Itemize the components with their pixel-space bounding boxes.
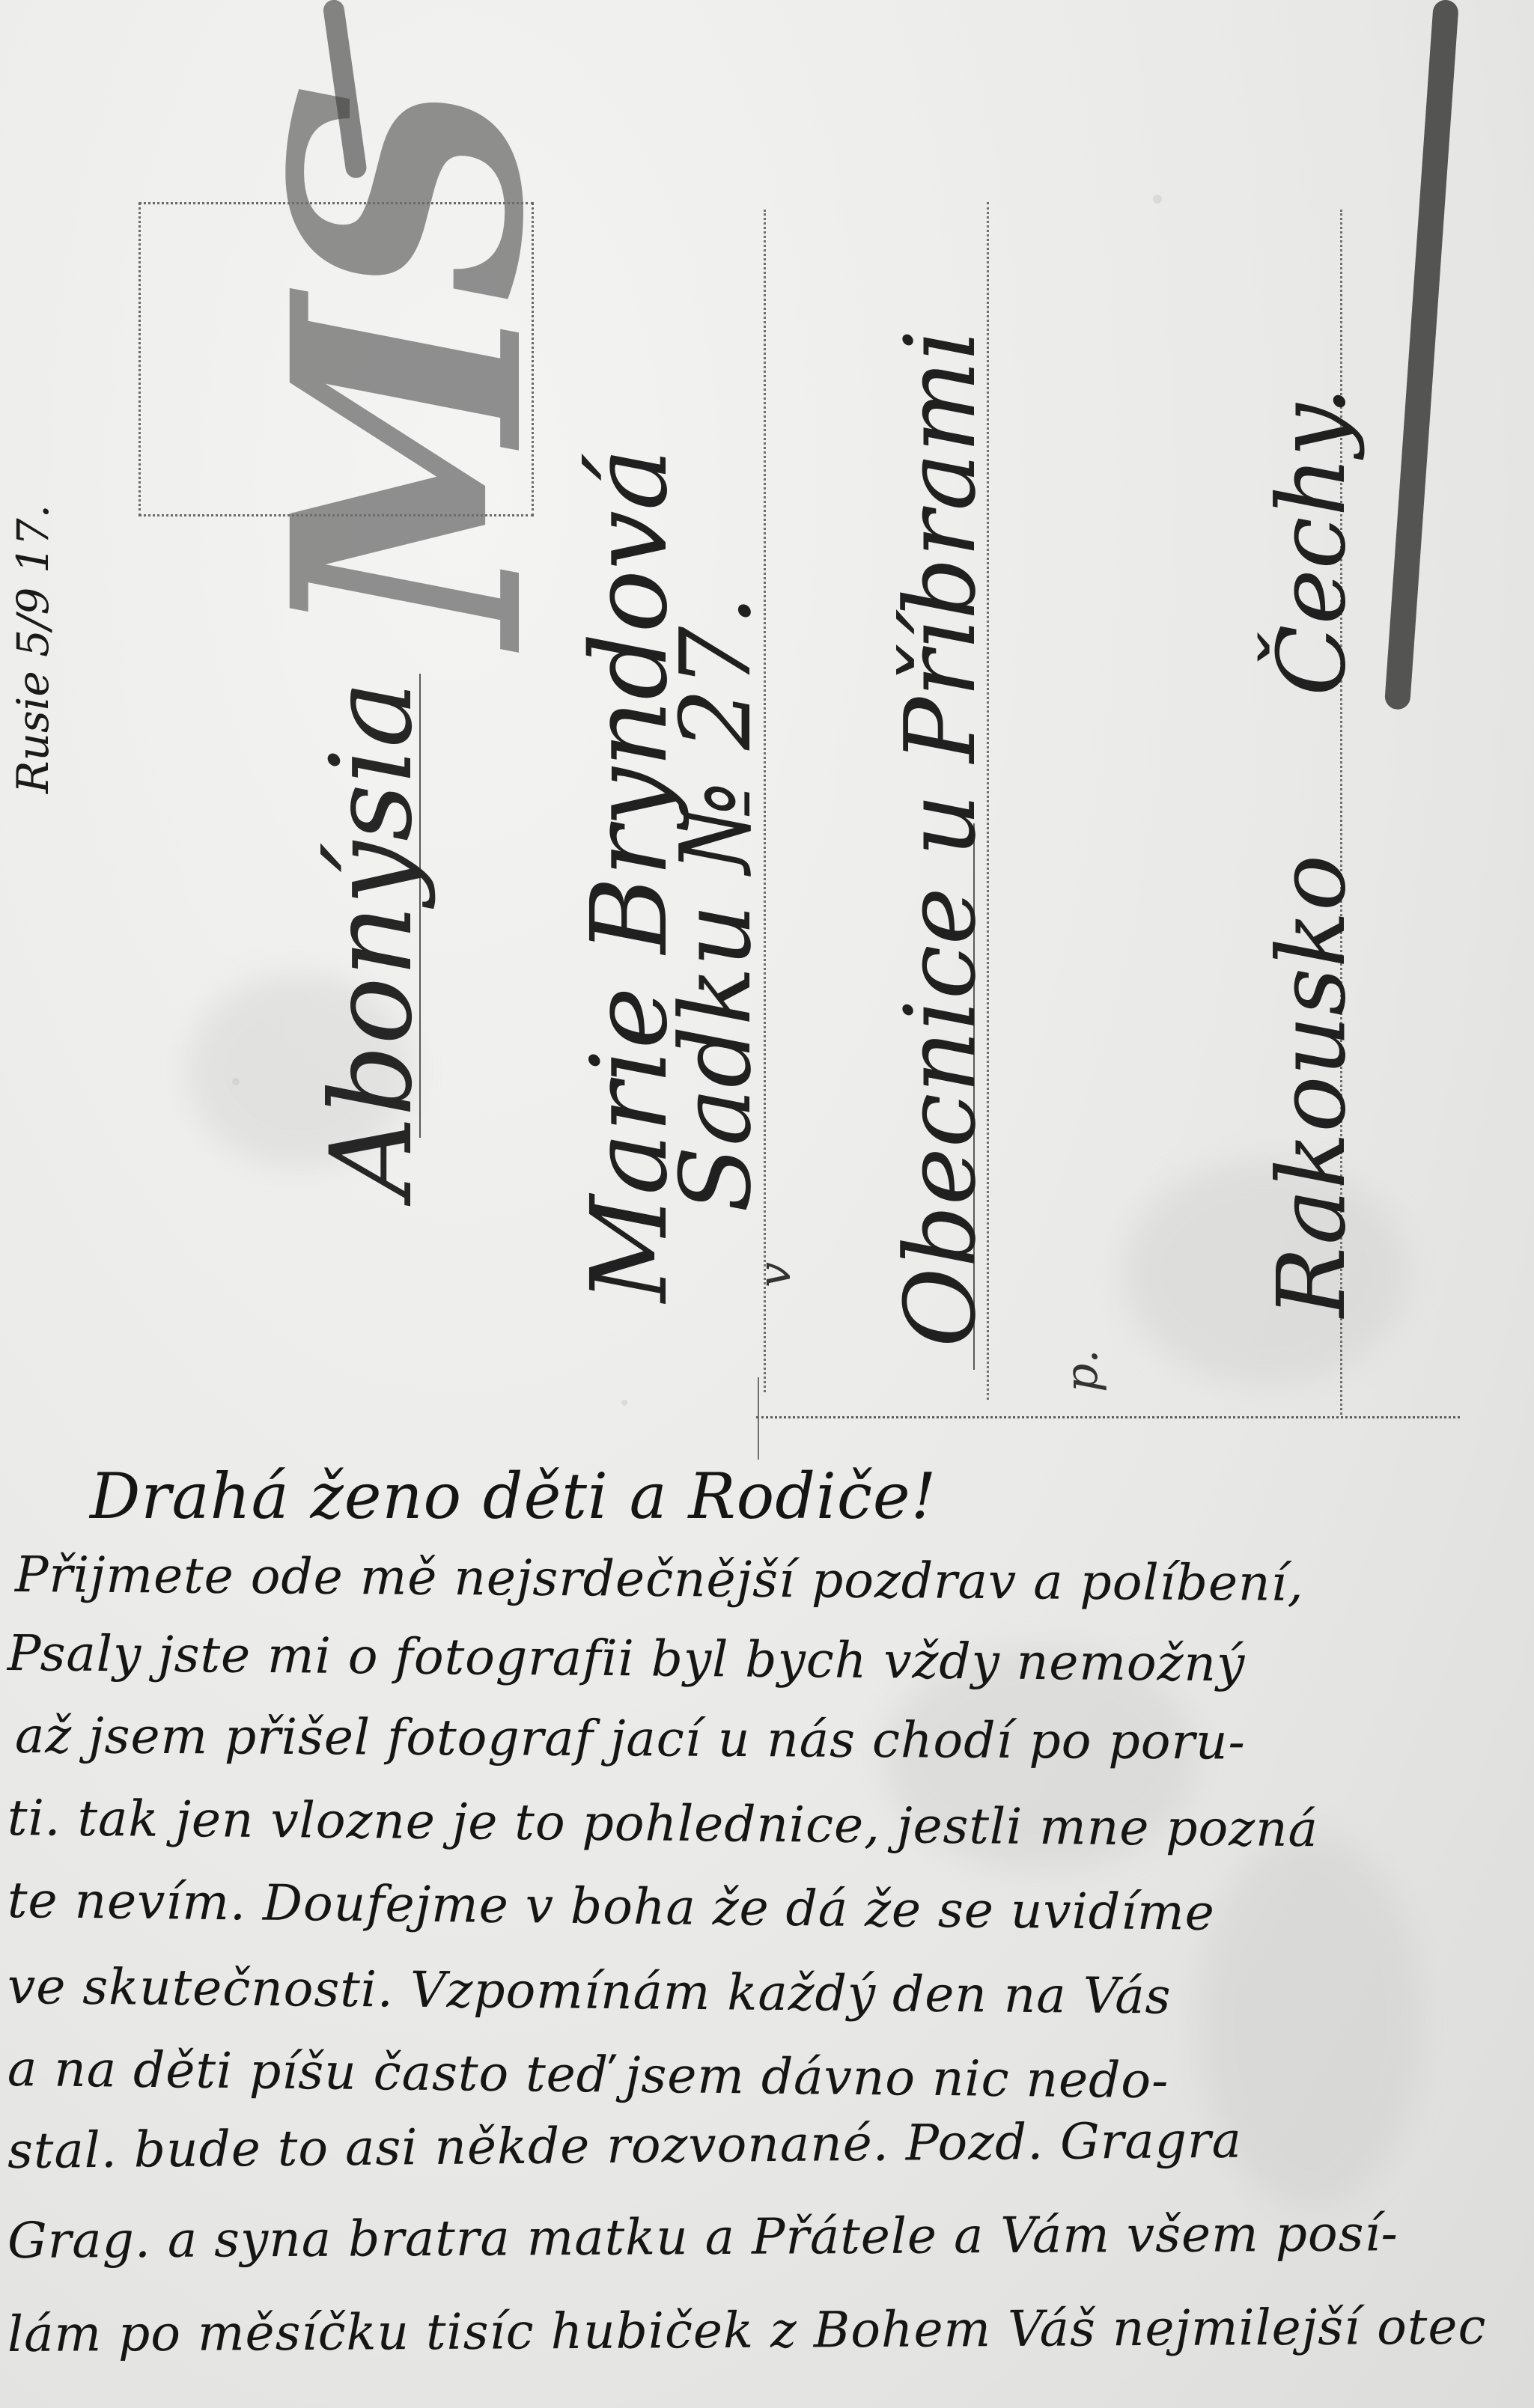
address-line-1: Abonýsia [307, 681, 437, 1198]
letter-line: te nevím. Doufejme v boha že dá že se uv… [7, 1871, 1216, 1942]
letter-line: a na děti píšu často teď jsem dávno nic … [7, 2040, 1169, 2109]
address-line-4: Obecnice u Příbrami [883, 329, 997, 1347]
section-divider [756, 1416, 1460, 1418]
address-line-3-prefix: v [749, 1262, 801, 1287]
postcard-paper: MS Rusie 5/9 17. Abonýsia Marie Bryndová… [0, 0, 1534, 2408]
address-country: Rakousko [1258, 855, 1366, 1317]
pencil-stroke [1384, 0, 1459, 710]
address-line-3: Sadku № 27. [659, 595, 773, 1213]
paper-speck [621, 1400, 627, 1406]
date-note: Rusie 5/9 17. [7, 505, 58, 793]
letter-line: lám po měsíčku tisíc hubiček z Bohem Váš… [7, 2298, 1487, 2363]
letter-line: Grag. a syna bratra matku a Přátele a Vá… [7, 2204, 1398, 2270]
paper-speck [1153, 195, 1162, 204]
letter-line: ti. tak jen vlozne je to pohlednice, jes… [7, 1789, 1319, 1858]
letter-line: ve skutečnosti. Vzpomínám každý den na V… [7, 1957, 1172, 2026]
letter-line: Přijmete ode mě nejsrdečnější pozdrav a … [15, 1546, 1304, 1612]
letter-line: až jsem přišel fotograf jací u nás chodí… [15, 1707, 1246, 1771]
letter-line: stal. bude to asi někde rozvonané. Pozd.… [7, 2112, 1243, 2180]
address-line-4-prefix: p. [1056, 1350, 1108, 1392]
paper-speck [232, 1078, 240, 1085]
section-divider-tick [758, 1377, 759, 1460]
letter-greeting: Drahá ženo děti a Rodiče! [90, 1460, 937, 1533]
address-region: Čechy. [1258, 386, 1366, 696]
pencil-mark: MS [225, 84, 594, 644]
letter-line: Psaly jste mi o fotografii byl bych vždy… [7, 1624, 1246, 1692]
